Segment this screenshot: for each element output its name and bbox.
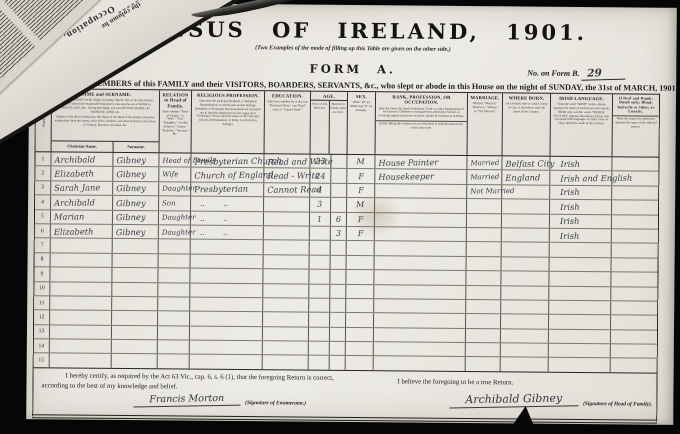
cell-marriage [466, 343, 501, 357]
occupation-note-2: Before filling this column you are reque… [376, 120, 467, 131]
cell-infirmity [612, 186, 658, 200]
cell-num: 5 [35, 210, 51, 224]
cell-months: 3 [331, 227, 347, 241]
cell-surname: Gibney [113, 153, 159, 167]
enumerator-certification-text: I hereby certify, as required by the Act… [41, 371, 341, 393]
cell-born: Belfast City [502, 156, 550, 170]
cell-num: 10 [34, 282, 50, 296]
cell-religion [190, 312, 263, 326]
cell-education [264, 241, 310, 255]
cell-religion: .. .. [191, 226, 264, 240]
cell-religion [190, 298, 263, 312]
cell-num: 14 [34, 339, 50, 353]
cell-education [263, 298, 309, 312]
cell-years [310, 241, 331, 255]
cell-years [309, 342, 330, 356]
cell-relation: Son [159, 196, 191, 210]
cell-occupation: House Painter [375, 155, 467, 169]
cell-christian: Archibald [51, 196, 113, 210]
enumerator-signature-caption: (Signature of Enumerator.) [245, 400, 306, 408]
cell-religion [190, 355, 263, 369]
cell-surname: Gibney [113, 210, 159, 224]
cell-marriage [467, 214, 502, 228]
cell-num: 4 [35, 195, 51, 209]
cell-infirmity [612, 200, 658, 214]
cell-relation: Head of Family [159, 153, 191, 167]
column-header-where-born: WHERE BORN. If in Ireland, state in what… [503, 93, 552, 155]
cell-born [501, 343, 549, 357]
sex-label: SEX. [348, 92, 375, 101]
occupation-note-1: State the Particular Rank, Profession, T… [376, 106, 467, 120]
cell-born [502, 199, 550, 213]
cell-christian [50, 354, 112, 368]
paper-stain [350, 193, 402, 237]
cell-marriage: Not Married [467, 185, 502, 199]
cell-born [501, 329, 549, 343]
cell-marriage [466, 314, 501, 328]
cell-irish [549, 315, 611, 329]
cell-irish [549, 344, 611, 358]
cell-irish [550, 243, 612, 257]
cell-num: 7 [35, 239, 51, 253]
surname-subheader: Surname. [114, 142, 159, 152]
cell-education: Cannot Read [264, 183, 310, 197]
column-header-education: EDUCATION. State here whether he or she … [265, 91, 312, 153]
cell-irish [549, 272, 611, 286]
cell-irish [549, 286, 611, 300]
cell-months [331, 169, 347, 183]
cell-born [501, 300, 549, 314]
cell-education [263, 284, 309, 298]
cell-born [501, 315, 549, 329]
cell-surname [112, 282, 158, 296]
cell-religion [191, 240, 264, 254]
head-of-family-certification: I believe the foregoing to be a true Ret… [369, 371, 656, 420]
cell-education [263, 341, 309, 355]
cell-infirmity [611, 344, 657, 358]
form-b-number-field: No. on Form B. 29 [527, 67, 625, 81]
cell-born [501, 286, 549, 300]
table-header: Number. NAME and SURNAME. No Persons ABS… [36, 89, 660, 157]
cell-relation [158, 340, 190, 354]
cell-christian [50, 296, 112, 310]
cell-months [330, 342, 346, 356]
cell-occupation [374, 342, 466, 356]
cell-christian [50, 282, 112, 296]
cell-christian [50, 339, 112, 353]
cell-sex [346, 342, 374, 356]
cell-surname [113, 254, 159, 268]
relation-note: State whether "Head of Family," or "Wife… [160, 109, 191, 138]
enumerator-certification: I hereby certify, as required by the Act… [33, 368, 369, 417]
cell-infirmity [611, 287, 657, 301]
cell-education [263, 356, 309, 370]
cell-num: 9 [34, 267, 50, 281]
cell-infirmity [611, 301, 657, 315]
column-header-relation: RELATION to Head of Family. State whethe… [160, 90, 193, 152]
cell-years: 1 [310, 212, 331, 226]
sex-note: Write "M" for Males and "F" for Females. [348, 100, 375, 114]
cell-christian: Marian [51, 210, 113, 224]
cell-education [263, 269, 309, 283]
cell-marriage [466, 286, 501, 300]
cell-education: Read - Write [264, 169, 310, 183]
cell-sex [347, 256, 375, 270]
cell-occupation: Housekeeper [375, 170, 467, 184]
cell-christian [50, 311, 112, 325]
cell-years [309, 270, 330, 284]
age-label: AGE. [311, 92, 347, 102]
cell-education: Read and Write [264, 154, 310, 168]
cell-num: 2 [35, 167, 51, 181]
cell-surname [112, 354, 158, 368]
christian-name-subheader: Christian Name. [52, 141, 114, 152]
cell-sex [347, 241, 375, 255]
cell-christian [50, 325, 112, 339]
cell-marriage: Married [467, 156, 502, 170]
cell-religion: .. .. [191, 211, 264, 225]
cell-religion: Presbyterian Church [191, 154, 264, 168]
cell-months [330, 270, 346, 284]
cell-num: 1 [35, 152, 51, 166]
cell-surname: Gibney [113, 182, 159, 196]
cell-marriage [466, 357, 501, 371]
cell-sex [346, 299, 374, 313]
name-notes: No Persons ABSENT on the Night of Sunday… [52, 98, 159, 142]
cell-infirmity [611, 272, 657, 286]
cell-surname [112, 268, 158, 282]
cell-years [309, 327, 330, 341]
cell-education [264, 197, 310, 211]
age-years-subheader: Years on last Birth-day. [311, 101, 330, 154]
cell-months [331, 198, 347, 212]
cell-relation: Daughter [159, 211, 191, 225]
cell-months [330, 284, 346, 298]
cell-sex [346, 328, 374, 342]
certification-section: I hereby certify, as required by the Act… [33, 367, 656, 419]
head-certification-text: I believe the foregoing to be a true Ret… [397, 377, 652, 389]
cell-marriage [467, 242, 502, 256]
cell-months [331, 241, 347, 255]
cell-years [309, 284, 330, 298]
cell-education [263, 327, 309, 341]
cell-irish [549, 329, 611, 343]
cell-num: 8 [35, 253, 51, 267]
cell-irish [550, 257, 612, 271]
scanned-census-page: CENSUS OF IRELAND, 1901. (Two Examples o… [0, 0, 680, 434]
cell-religion: Presbyterian [191, 182, 264, 196]
cell-education [264, 255, 310, 269]
cell-sex: F [347, 169, 375, 183]
cell-surname: Gibney [113, 167, 159, 181]
cell-num: 12 [34, 311, 50, 325]
cell-christian [50, 268, 112, 282]
head-signature-caption: (Signature of Head of Family). [583, 401, 652, 409]
cell-years [310, 255, 331, 269]
cell-relation [158, 268, 190, 282]
cell-occupation [375, 242, 467, 256]
cell-occupation [374, 328, 466, 342]
census-table: Number. NAME and SURNAME. No Persons ABS… [32, 88, 660, 423]
cell-marriage [467, 257, 502, 271]
cell-born [501, 358, 549, 372]
cell-marriage [466, 271, 501, 285]
cell-marriage [466, 329, 501, 343]
cell-infirmity [611, 316, 657, 330]
cell-relation [158, 283, 190, 297]
cell-occupation [375, 256, 467, 270]
cell-sex: M [347, 155, 375, 169]
name-note-2: Subject to the above instruction, the Na… [52, 115, 159, 129]
cell-religion [190, 326, 263, 340]
cell-relation [158, 312, 190, 326]
cell-surname: Gibney [113, 196, 159, 210]
infirmity-note: Write the respective infirmities opposit… [613, 116, 659, 131]
cell-surname [112, 297, 158, 311]
cell-infirmity [612, 215, 658, 229]
age-months-subheader: Months for Infants under one Year. [329, 101, 347, 154]
cell-irish: Irish and English [550, 171, 612, 185]
cell-months: 6 [331, 212, 347, 226]
cell-surname [112, 311, 158, 325]
cell-born [502, 243, 550, 257]
cell-christian: Sarah Jane [51, 181, 113, 195]
occupation-label: RANK, PROFESSION, OR OCCUPATION. [376, 92, 467, 106]
marriage-label: MARRIAGE. [468, 93, 502, 102]
column-header-irish-language: IRISH LANGUAGE. Write the word "IRISH" i… [551, 94, 614, 157]
cell-years [309, 313, 330, 327]
where-born-note: If in Ireland, state in what County or C… [503, 102, 550, 116]
cell-marriage [466, 300, 501, 314]
cell-months [330, 328, 346, 342]
cell-marriage: Married [467, 170, 502, 184]
cell-surname: Gibney [113, 225, 159, 239]
cell-irish: Irish [550, 200, 612, 214]
cell-years: 3 [310, 198, 331, 212]
cell-sex [346, 313, 374, 327]
cell-born [502, 257, 550, 271]
table-body: 1ArchibaldGibneyHead of FamilyPresbyteri… [34, 152, 659, 372]
cell-num: 6 [35, 224, 51, 238]
column-header-age: AGE. Years on last Birth-day. Months for… [311, 92, 349, 154]
cell-years [310, 227, 331, 241]
cell-marriage [467, 199, 502, 213]
name-subheaders: Christian Name. Surname. [52, 140, 159, 152]
cell-christian: Elizabeth [51, 224, 113, 238]
cell-relation [158, 297, 190, 311]
cell-infirmity [612, 258, 658, 272]
cell-sex [346, 356, 374, 370]
cell-num: 15 [34, 354, 50, 368]
column-header-sex: SEX. Write "M" for Males and "F" for Fem… [348, 92, 377, 154]
education-note: State here whether he or she can "Read a… [265, 100, 310, 114]
cell-relation: Wife [159, 168, 191, 182]
cell-infirmity [612, 244, 658, 258]
cell-irish: Irish [550, 186, 612, 200]
cell-irish: Irish [550, 157, 612, 171]
cell-relation [158, 326, 190, 340]
cell-infirmity [612, 157, 658, 171]
cell-christian: Elizabeth [51, 167, 113, 181]
cell-months [330, 299, 346, 313]
cell-irish [549, 358, 611, 372]
irish-language-note: Write the word "IRISH" in this column op… [551, 102, 612, 127]
cell-born [501, 271, 549, 285]
marriage-note: Whether "Married," "Widower," "Widow," o… [468, 101, 502, 115]
cell-surname [113, 239, 159, 253]
cell-religion [191, 254, 264, 268]
cell-relation: Daughter [159, 225, 191, 239]
form-b-label: No. on Form B. [527, 69, 579, 78]
cell-infirmity [611, 359, 657, 373]
cell-religion [190, 283, 263, 297]
cell-months [331, 184, 347, 198]
cell-num: 3 [35, 181, 51, 195]
cell-irish: Irish [550, 214, 612, 228]
cell-surname [112, 326, 158, 340]
cell-years [309, 356, 330, 370]
cell-christian [51, 239, 113, 253]
cell-infirmity [611, 330, 657, 344]
cell-months [330, 356, 346, 370]
cell-education [264, 226, 310, 240]
cell-religion [190, 269, 263, 283]
cell-occupation [374, 270, 466, 284]
relation-label: RELATION to Head of Family. [160, 90, 191, 109]
cell-sex [346, 284, 374, 298]
cell-relation [159, 240, 191, 254]
cell-religion: Church of England [191, 168, 264, 182]
cell-religion [190, 341, 263, 355]
cell-religion: .. .. [191, 197, 264, 211]
infirmity-label: If Deaf and Dumb; Dumb only; Blind; Imbe… [613, 94, 659, 115]
cell-months [331, 256, 347, 270]
cell-christian: Archibald [51, 152, 113, 166]
form-b-number-handwritten: 29 [581, 67, 625, 81]
cell-num: 13 [34, 325, 50, 339]
cell-infirmity [612, 229, 658, 243]
cell-education [263, 313, 309, 327]
cell-sex [346, 270, 374, 284]
cell-born [502, 228, 550, 242]
cell-irish [549, 301, 611, 315]
cell-relation [159, 254, 191, 268]
cell-relation: Daughter [159, 182, 191, 196]
religion-note: State here the particular Religion, or R… [192, 99, 264, 128]
cell-months [330, 313, 346, 327]
cell-education [264, 212, 310, 226]
cell-occupation [374, 357, 466, 371]
age-subheaders: Years on last Birth-day. Months for Infa… [311, 101, 347, 154]
cell-months [331, 155, 347, 169]
enumerator-signature: Francis Morton [133, 392, 240, 407]
cell-occupation [374, 285, 466, 299]
cell-born [502, 214, 550, 228]
column-header-marriage: MARRIAGE. Whether "Married," "Widower," … [468, 93, 504, 155]
column-header-occupation: RANK, PROFESSION, OR OCCUPATION. State t… [376, 92, 469, 155]
cell-irish: Irish [550, 229, 612, 243]
cell-born: England [502, 171, 550, 185]
cell-occupation [374, 299, 466, 313]
cell-surname [112, 340, 158, 354]
cell-christian [51, 253, 113, 267]
cell-relation [158, 355, 190, 369]
head-of-family-signature: Archibald Gibney [449, 391, 578, 408]
cell-marriage [467, 228, 502, 242]
column-header-infirmity: If Deaf and Dumb; Dumb only; Blind; Imbe… [613, 94, 660, 156]
cell-num: 11 [34, 296, 50, 310]
cell-occupation [374, 313, 466, 327]
column-header-religion: RELIGIOUS PROFESSION. State here the par… [192, 91, 266, 154]
cell-years [309, 299, 330, 313]
